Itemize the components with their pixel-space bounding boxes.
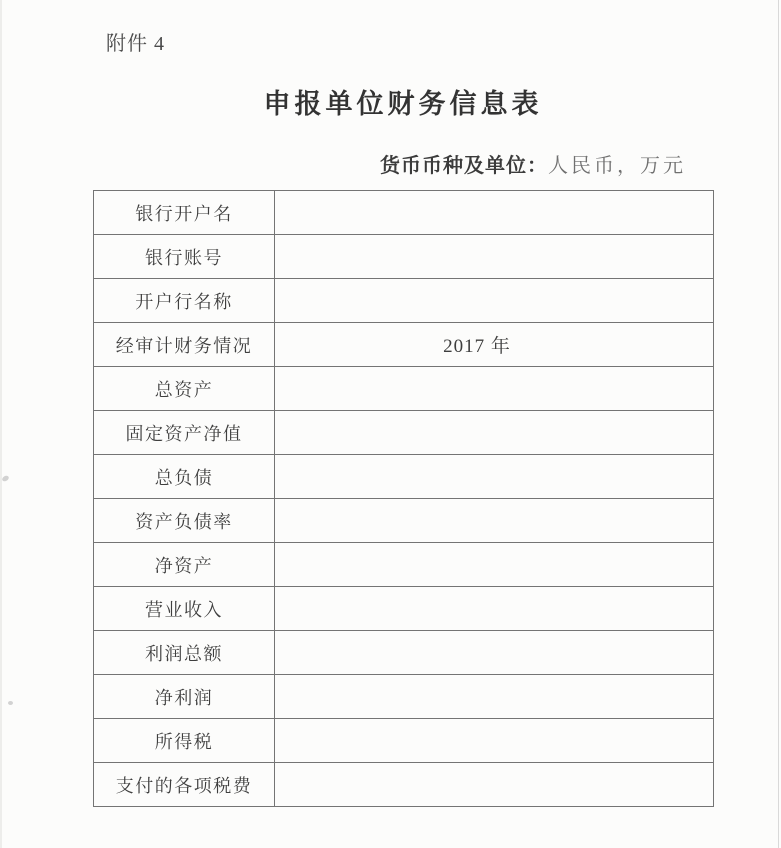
table-row: 所得税 [94, 719, 714, 763]
row-value-cell [275, 279, 714, 323]
scan-edge-artifact [778, 0, 779, 848]
table-row: 总资产 [94, 367, 714, 411]
table-row: 银行账号 [94, 235, 714, 279]
currency-unit-label: 货币币种及单位： [380, 155, 548, 177]
table-row: 资产负债率 [94, 499, 714, 543]
row-value-cell [275, 587, 714, 631]
table-row: 营业收入 [94, 587, 714, 631]
row-value-cell [275, 763, 714, 807]
currency-unit-note: 货币币种及单位：人民币，万元 [93, 149, 686, 178]
row-value-cell [275, 411, 714, 455]
table-row: 开户行名称 [94, 279, 714, 323]
table-row: 支付的各项税费 [94, 763, 714, 807]
row-label-cell: 营业收入 [94, 587, 275, 631]
scan-speck-artifact [1, 475, 10, 483]
currency-unit-value: 人民币，万元 [548, 155, 686, 177]
row-label-cell: 利润总额 [94, 631, 275, 675]
row-value-cell [275, 235, 714, 279]
row-label-cell: 净资产 [94, 543, 275, 587]
row-label-cell: 资产负债率 [94, 499, 275, 543]
table-row: 总负债 [94, 455, 714, 499]
row-value-cell [275, 543, 714, 587]
row-label-cell: 开户行名称 [94, 279, 275, 323]
financial-info-table: 银行开户名 银行账号 开户行名称 经审计财务情况 2017 年 总资产 固定资产… [93, 190, 714, 807]
row-value-cell [275, 191, 714, 235]
table-row: 银行开户名 [94, 191, 714, 235]
table-row: 固定资产净值 [94, 411, 714, 455]
row-label-cell: 经审计财务情况 [94, 323, 275, 367]
row-value-cell: 2017 年 [275, 323, 714, 367]
page-title: 申报单位财务信息表 [93, 82, 713, 121]
row-label-cell: 固定资产净值 [94, 411, 275, 455]
table-row: 经审计财务情况 2017 年 [94, 323, 714, 367]
row-label-cell: 银行账号 [94, 235, 275, 279]
row-value-cell [275, 719, 714, 763]
row-label-cell: 所得税 [94, 719, 275, 763]
row-label-cell: 总资产 [94, 367, 275, 411]
row-label-cell: 银行开户名 [94, 191, 275, 235]
scan-edge-artifact [0, 0, 2, 848]
row-value-cell [275, 367, 714, 411]
table-row: 净利润 [94, 675, 714, 719]
attachment-label: 附件 4 [106, 27, 165, 56]
table-row: 利润总额 [94, 631, 714, 675]
document-page: 附件 4 申报单位财务信息表 货币币种及单位：人民币，万元 银行开户名 银行账号… [0, 0, 781, 848]
scan-speck-artifact [8, 701, 13, 705]
row-value-cell [275, 631, 714, 675]
row-label-cell: 支付的各项税费 [94, 763, 275, 807]
row-label-cell: 净利润 [94, 675, 275, 719]
row-value-cell [275, 455, 714, 499]
row-label-cell: 总负债 [94, 455, 275, 499]
row-value-cell [275, 675, 714, 719]
row-value-cell [275, 499, 714, 543]
table-row: 净资产 [94, 543, 714, 587]
